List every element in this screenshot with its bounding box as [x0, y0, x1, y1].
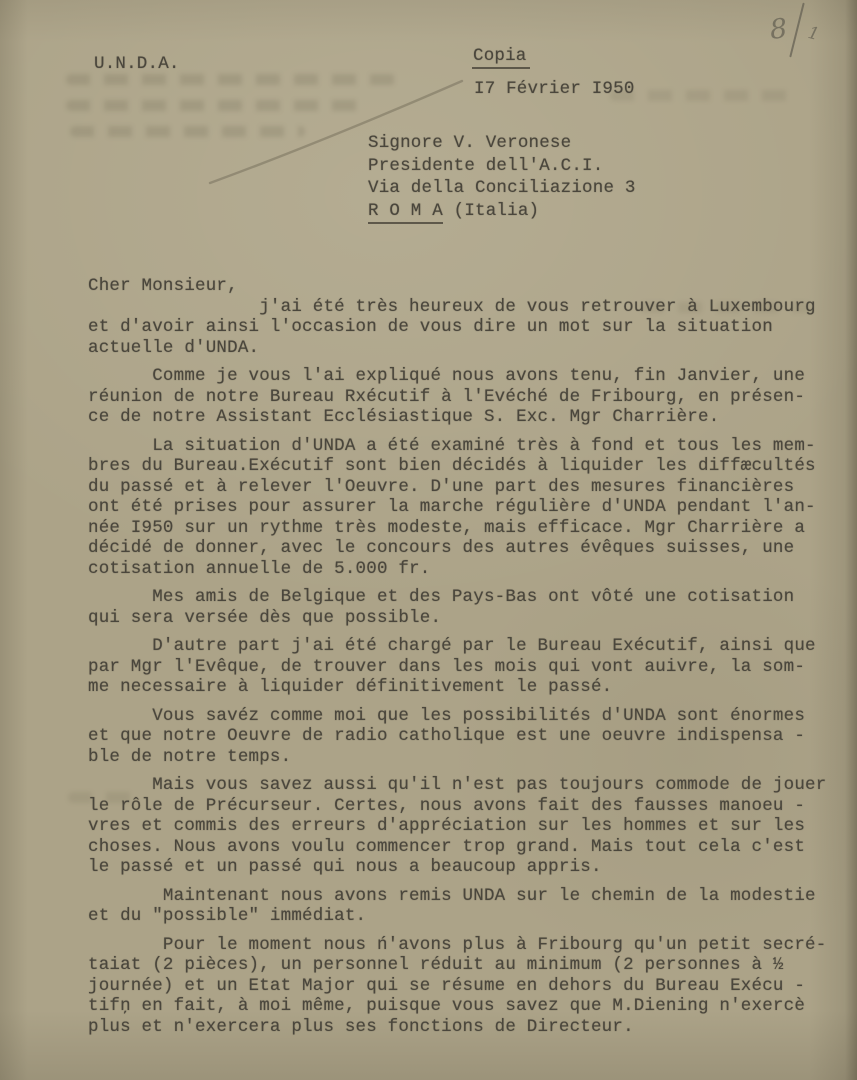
sender-org: U.N.D.A.	[94, 54, 180, 74]
recipient-street: Via della Conciliazione 3	[368, 177, 636, 200]
paragraph: D'autre part j'ai été chargé par le Bure…	[88, 636, 826, 698]
paragraph: Mais vous savez aussi qu'il n'est pas to…	[88, 775, 826, 878]
paragraph: Vous savéz comme moi que les possibilité…	[88, 706, 826, 768]
folio-numerator: 8	[768, 13, 788, 46]
recipient-city-line: R O M A (Italia)	[368, 200, 636, 223]
recipient-name: Signore V. Veronese	[368, 132, 636, 155]
paragraph: La situation d'UNDA a été examiné très à…	[88, 436, 826, 580]
paragraph: Maintenant nous avons remis UNDA sur le …	[88, 886, 826, 927]
recipient-title: Presidente dell'A.C.I.	[368, 155, 636, 178]
letter-date: I7 Février I950	[474, 79, 635, 99]
folio-slash	[789, 3, 804, 58]
letter-body: Cher Monsieur, j'ai été très heureux de …	[88, 276, 826, 1045]
copy-label: Copia	[472, 46, 530, 69]
ink-bleed-smudge	[66, 100, 366, 111]
ink-bleed-smudge	[70, 126, 305, 137]
recipient-address: Signore V. Veronese Presidente dell'A.C.…	[368, 132, 636, 222]
ink-bleed-smudge	[610, 90, 800, 101]
letter-page: 8 1 U.N.D.A. Copia I7 Février I950 Signo…	[0, 0, 857, 1080]
recipient-country: (Italia)	[454, 201, 540, 221]
ink-bleed-smudge	[66, 74, 396, 85]
handwritten-folio-mark: 8 1	[766, 6, 836, 76]
paragraph: Pour le moment nous ń'avons plus à Fribo…	[88, 935, 826, 1038]
paragraph: Comme je vous l'ai expliqué nous avons t…	[88, 366, 826, 428]
paragraph-salutation: Cher Monsieur, j'ai été très heureux de …	[88, 276, 826, 358]
recipient-city: R O M A	[368, 201, 443, 224]
paragraph: Mes amis de Belgique et des Pays-Bas ont…	[88, 587, 826, 628]
folio-denominator: 1	[806, 23, 821, 45]
